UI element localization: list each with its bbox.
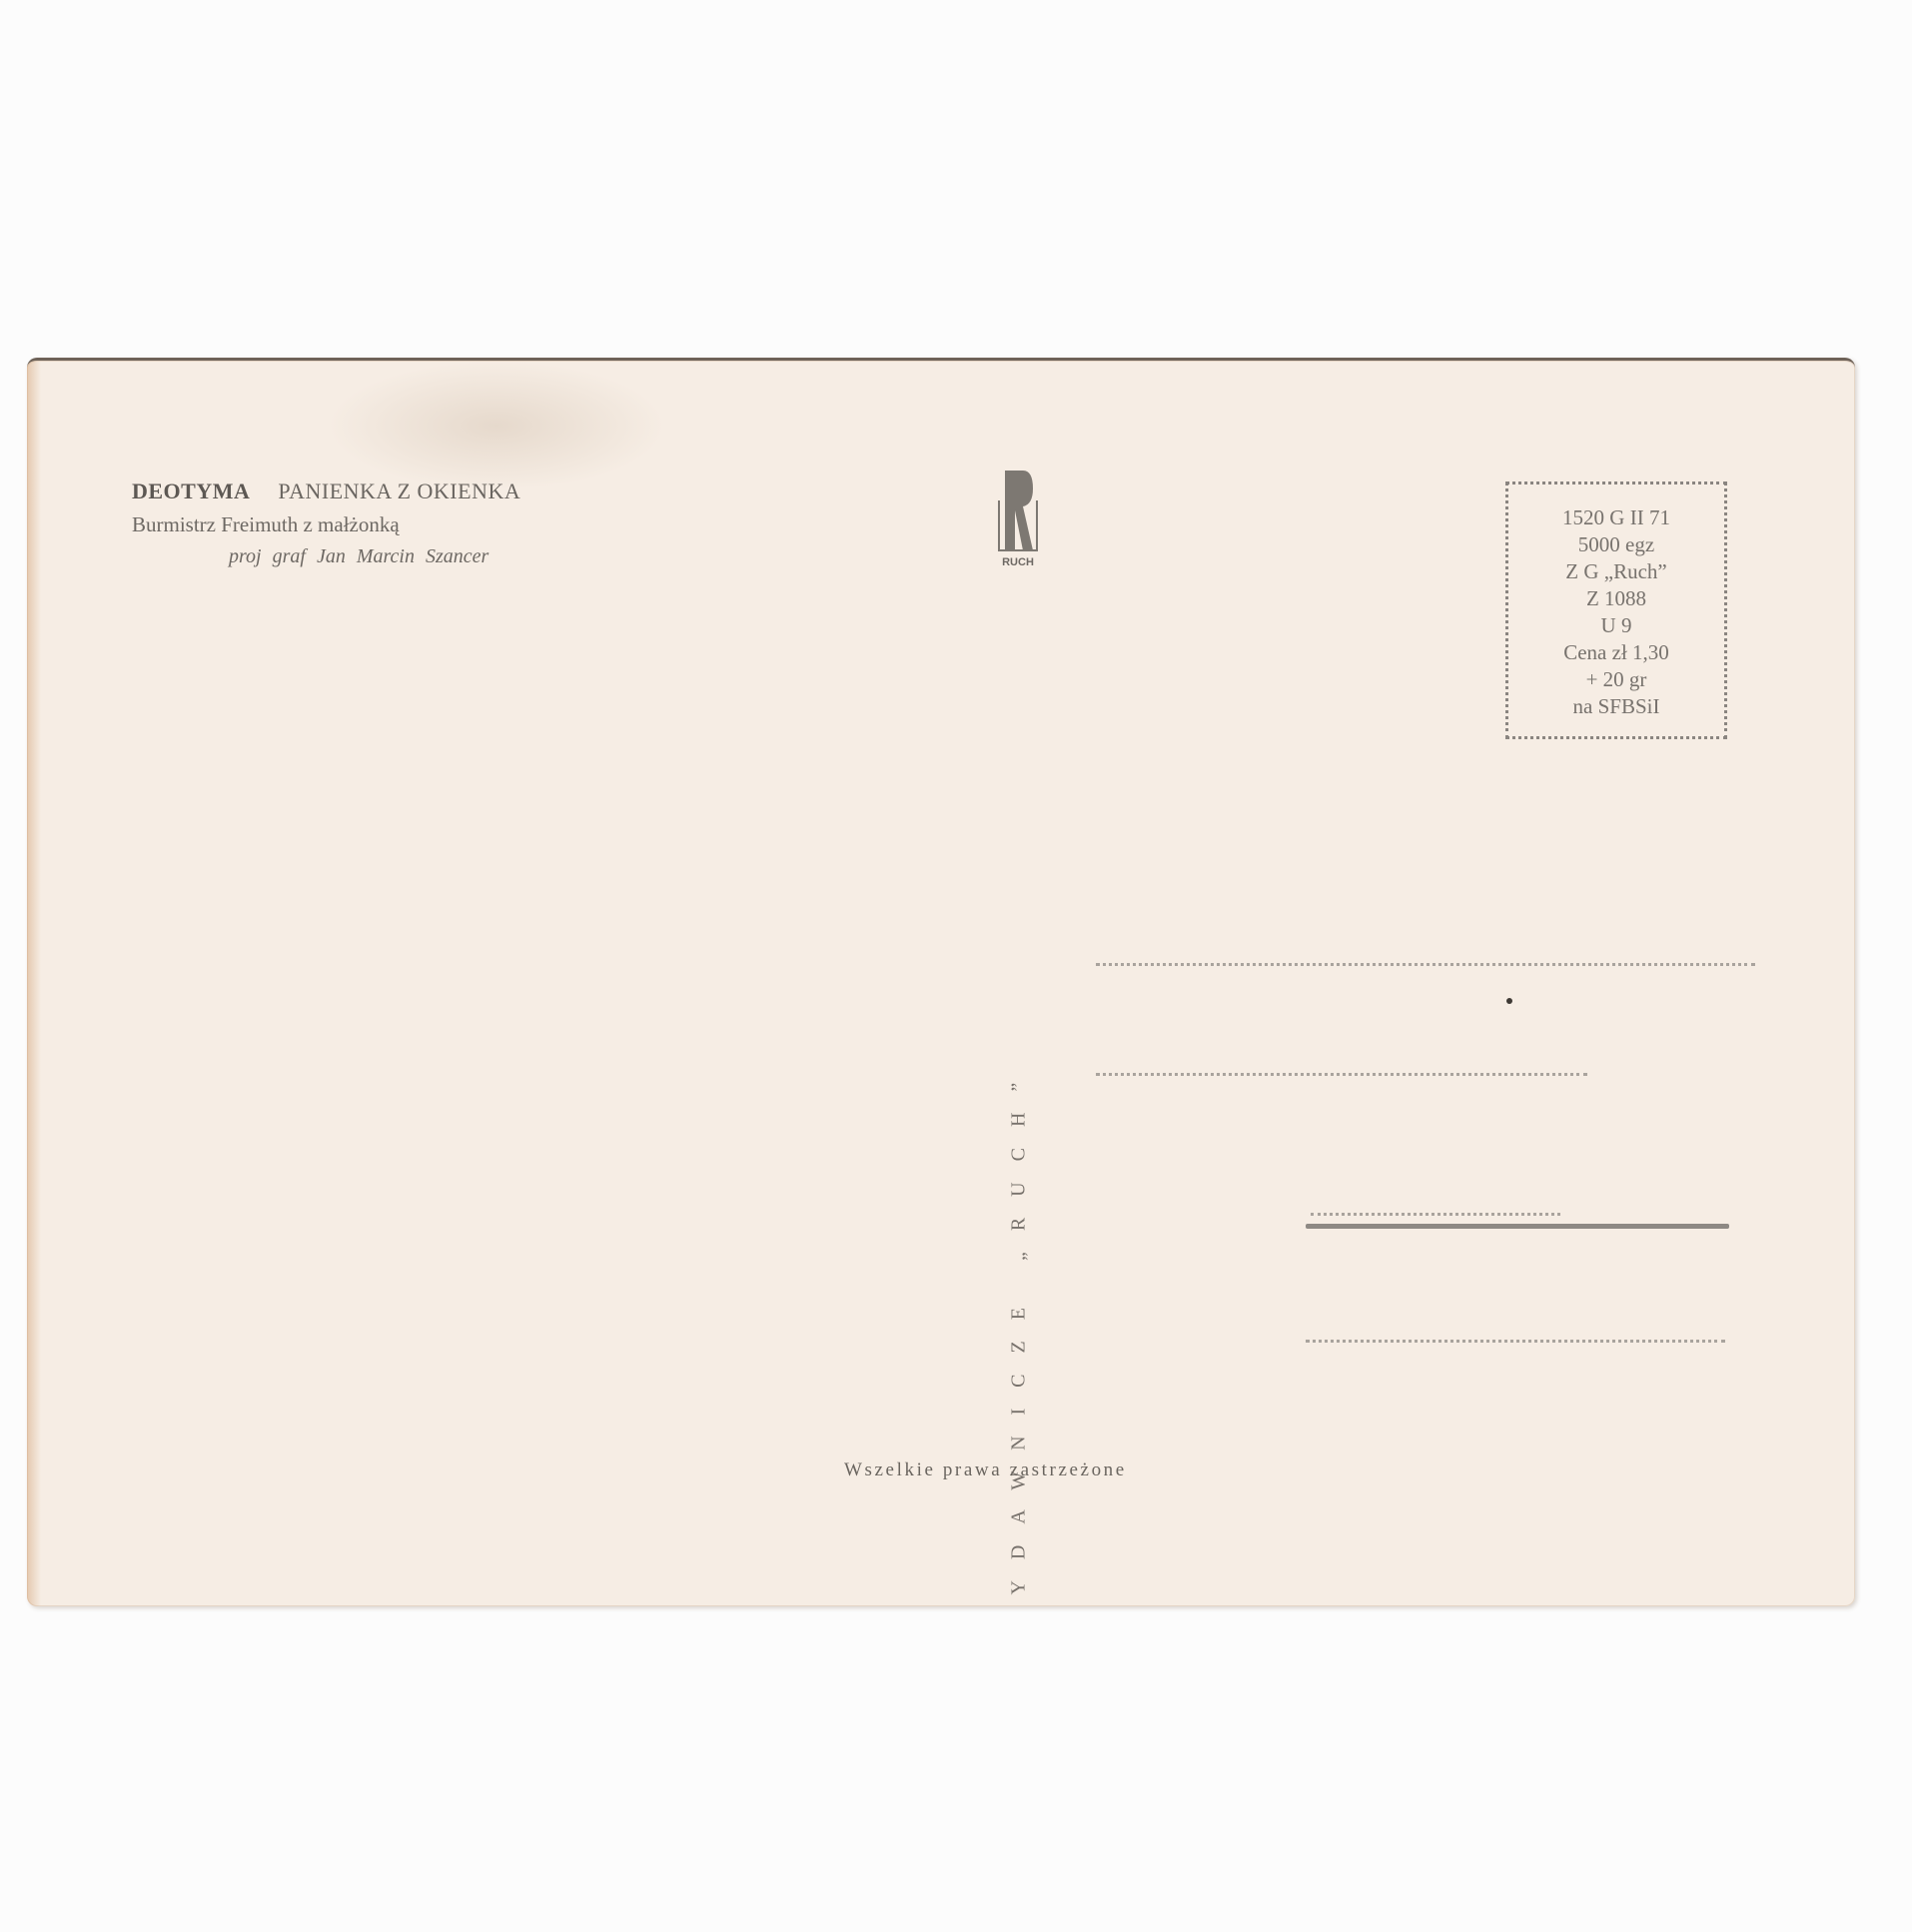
address-line-3[interactable] — [1311, 1213, 1560, 1216]
imprint-line: + 20 gr — [1508, 666, 1724, 693]
imprint-box: 1520 G II 71 5000 egz Z G „Ruch” Z 1088 … — [1505, 482, 1727, 739]
ink-dot — [1506, 998, 1512, 1004]
author-name: DEOTYMA — [132, 479, 250, 503]
ruch-logo-icon: RUCH — [993, 471, 1043, 570]
imprint-line: na SFBSiI — [1508, 693, 1724, 720]
imprint-line: 1520 G II 71 — [1508, 504, 1724, 531]
address-underline — [1306, 1224, 1729, 1229]
publisher-vertical-text: BIURO WYDAWNICZE „RUCH” — [1008, 1062, 1031, 1606]
address-line-2[interactable] — [1096, 1073, 1587, 1076]
imprint-line: 5000 egz — [1508, 531, 1724, 558]
designer-credit: proj graf Jan Marcin Szancer — [229, 545, 520, 568]
imprint-line: Z G „Ruch” — [1508, 558, 1724, 585]
imprint-line: Cena zł 1,30 — [1508, 639, 1724, 666]
imprint-line: Z 1088 — [1508, 585, 1724, 612]
address-line-1[interactable] — [1096, 963, 1755, 966]
address-line-4[interactable] — [1306, 1340, 1725, 1343]
title-line: DEOTYMAPANIENKA Z OKIENKA — [132, 479, 520, 504]
svg-text:RUCH: RUCH — [1002, 556, 1034, 568]
imprint-line: U 9 — [1508, 612, 1724, 639]
rights-reserved: Wszelkie prawa zastrzeżone — [844, 1459, 1127, 1481]
title-block: DEOTYMAPANIENKA Z OKIENKA Burmistrz Frei… — [132, 479, 520, 568]
postcard: DEOTYMAPANIENKA Z OKIENKA Burmistrz Frei… — [27, 358, 1855, 1606]
work-title: PANIENKA Z OKIENKA — [278, 479, 520, 503]
subtitle: Burmistrz Freimuth z małżonką — [132, 512, 520, 537]
smudge-mark — [327, 361, 666, 490]
